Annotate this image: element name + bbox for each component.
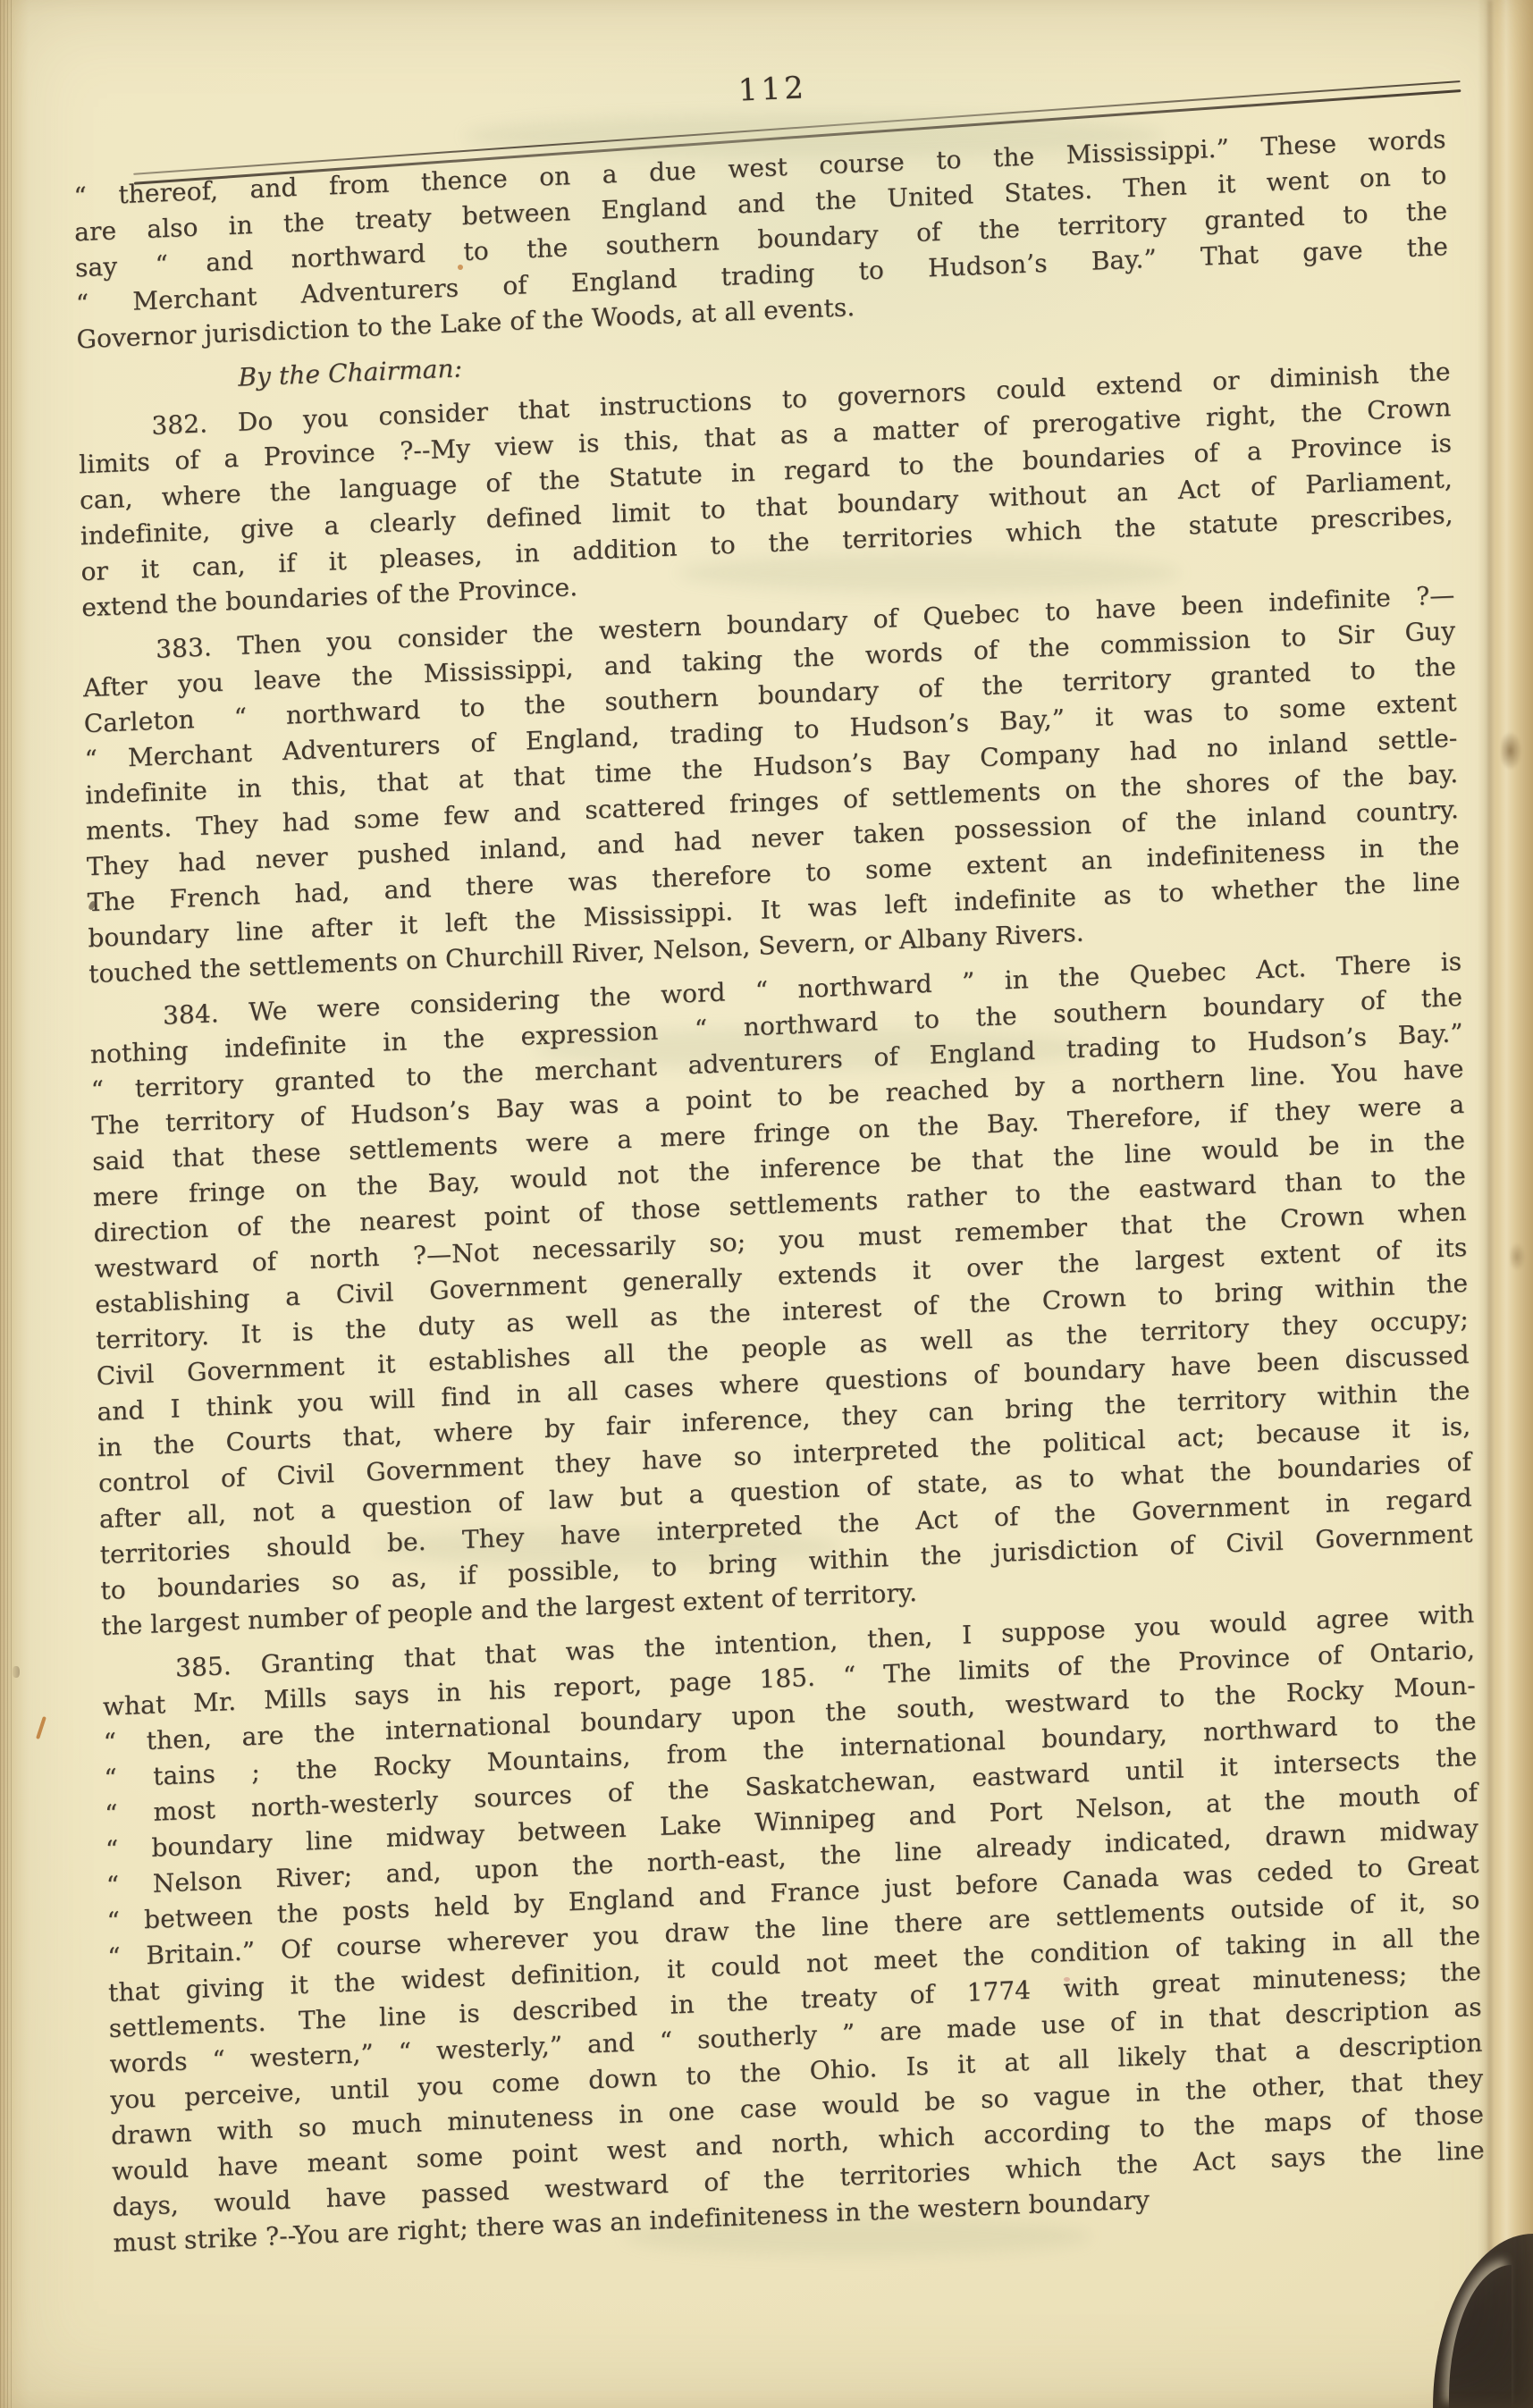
foxing-spot	[1064, 1977, 1070, 1982]
scanned-book-page: 112 “ thereof, and from thence on a due …	[0, 0, 1533, 2408]
page-gutter-texture	[0, 0, 14, 2408]
paragraph-question-384: 384. We were considering the word “ nort…	[89, 944, 1474, 1645]
paragraph-question-383: 383. Then you consider the western bound…	[82, 577, 1461, 992]
page-edge-notch	[1501, 731, 1522, 770]
page-edge-crease	[1488, 0, 1492, 2408]
page-fore-edge	[1478, 0, 1533, 2408]
page-edge-notch	[1510, 1242, 1526, 1271]
page-number: 112	[737, 70, 808, 108]
foxing-spot	[458, 265, 463, 270]
page-text: “ thereof, and from thence on a due west…	[73, 122, 1486, 2261]
paragraph-question-385: 385. Granting that that was the intentio…	[102, 1596, 1486, 2261]
